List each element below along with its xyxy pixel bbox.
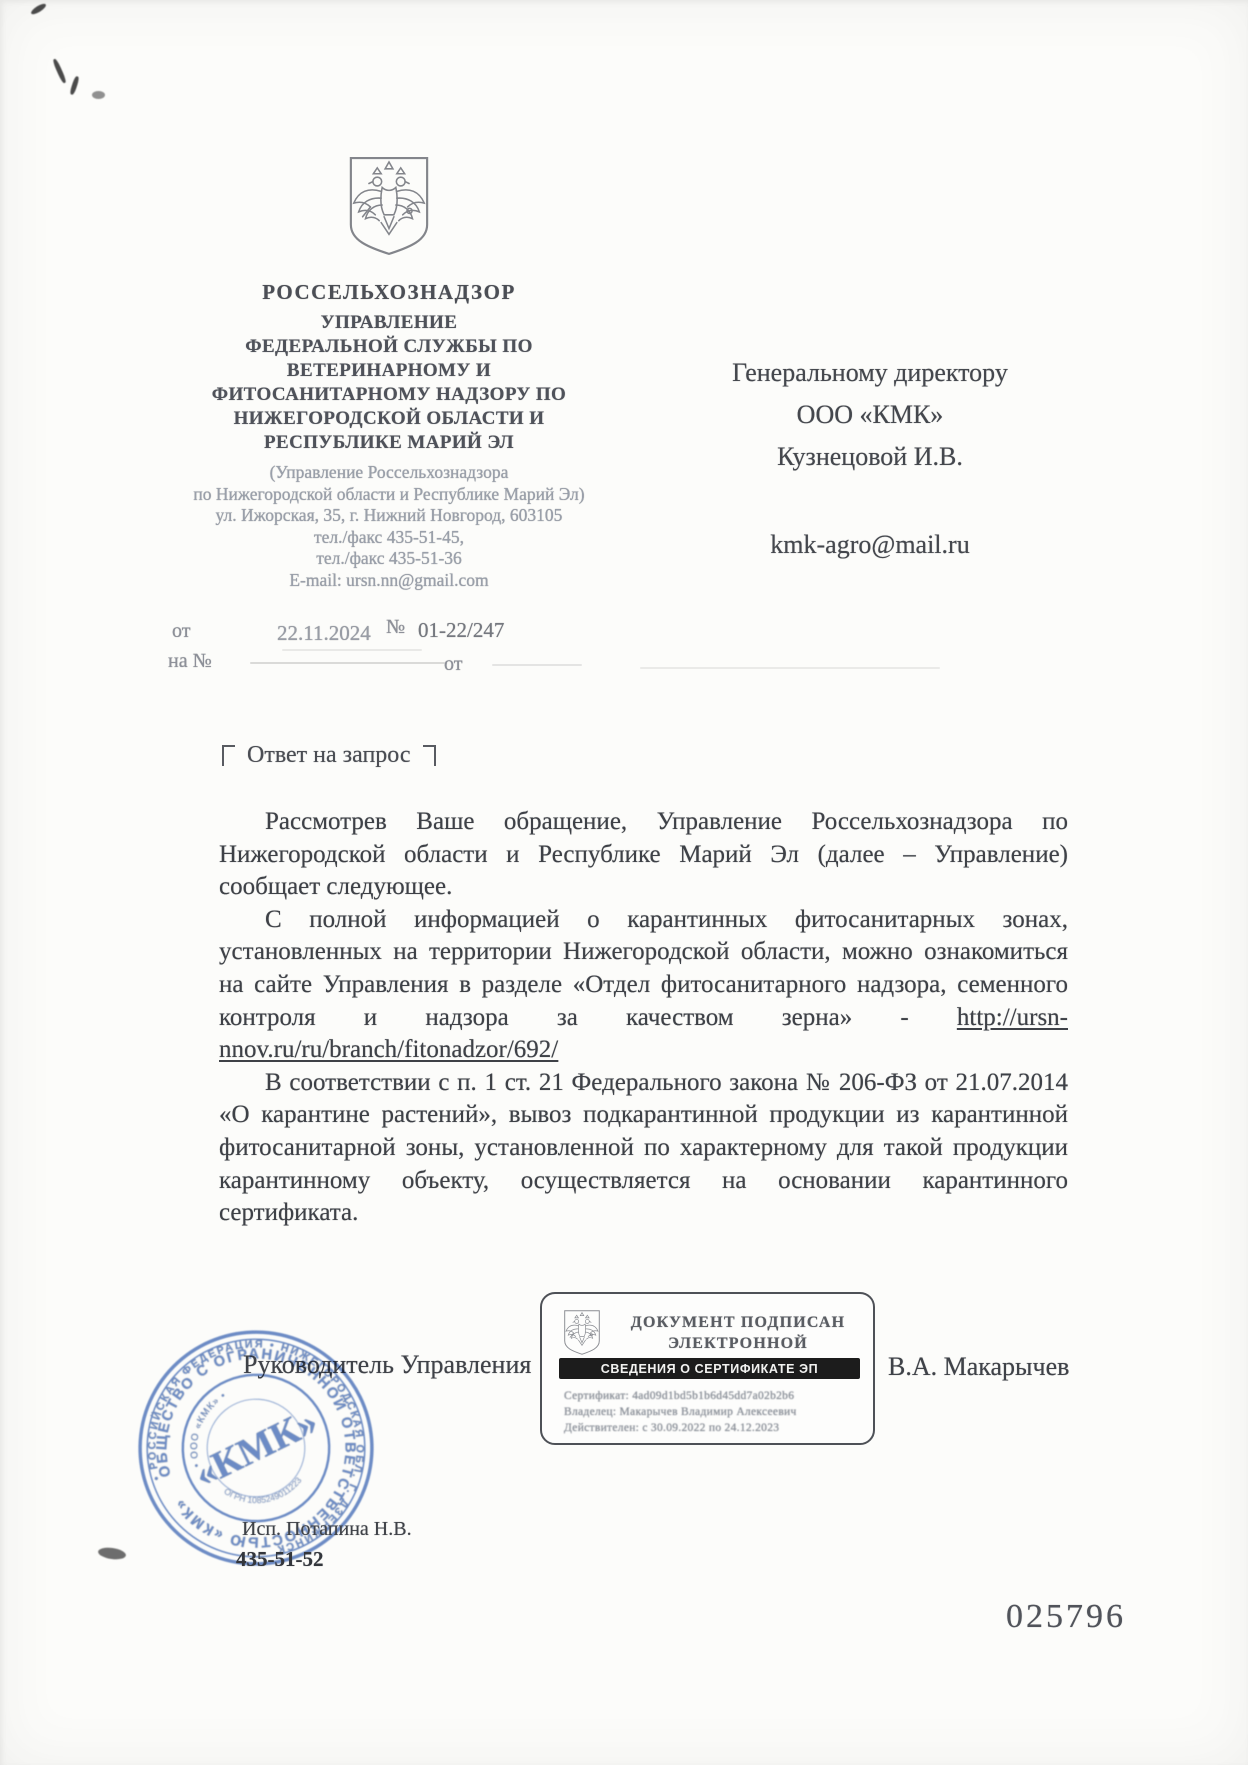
scan-artifact: [52, 58, 67, 84]
paragraph-text: Рассмотрев Ваше обращение, Управление Ро…: [219, 808, 1068, 900]
ref-from-label: от: [172, 620, 190, 643]
scanned-letter-page: РОССЕЛЬХОЗНАДЗОР УПРАВЛЕНИЕ ФЕДЕРАЛЬНОЙ …: [0, 0, 1248, 1765]
ref-date: 22.11.2024: [277, 621, 371, 646]
executor-phone: 435-51-52: [236, 1547, 324, 1572]
ref-reply-label: на №: [168, 650, 212, 673]
recipient-person: Кузнецовой И.В.: [655, 436, 1085, 478]
letterhead-contact-line: (Управление Россельхознадзора: [150, 462, 628, 484]
ref-underline: [250, 662, 445, 664]
department-line: УПРАВЛЕНИЕ: [150, 311, 628, 335]
subject-corner-mark: [222, 745, 235, 766]
recipient-block: Генеральному директору ООО «КМК» Кузнецо…: [655, 352, 1085, 566]
letterhead-contact-line: ул. Ижорская, 35, г. Нижний Новгород, 60…: [150, 505, 628, 527]
paragraph-text: С полной информацией о карантинных фитос…: [219, 906, 1068, 1031]
executor-name: Исп. Потапина Н.В.: [242, 1518, 412, 1541]
scan-artifact: [97, 1546, 126, 1561]
recipient-position: Генеральному директору: [655, 352, 1085, 394]
coat-of-arms-icon: [345, 150, 433, 262]
registration-number: 025796: [1006, 1598, 1126, 1636]
scan-artifact: [30, 2, 48, 16]
esig-title-line: ДОКУМЕНТ ПОДПИСАН: [614, 1312, 862, 1333]
letterhead-contact-line: E-mail: ursn.nn@gmail.com: [150, 570, 628, 592]
paragraph-text: В соответствии с п. 1 ст. 21 Федеральног…: [219, 1069, 1068, 1226]
ref-underline: [640, 667, 940, 669]
ref-underline: [282, 649, 422, 651]
department-line: РЕСПУБЛИКЕ МАРИЙ ЭЛ: [150, 431, 628, 455]
subject-corner-mark: [423, 745, 436, 766]
department-name: УПРАВЛЕНИЕ ФЕДЕРАЛЬНОЙ СЛУЖБЫ ПО ВЕТЕРИН…: [150, 311, 628, 455]
department-line: НИЖЕГОРОДСКОЙ ОБЛАСТИ И: [150, 407, 628, 431]
department-line: ФЕДЕРАЛЬНОЙ СЛУЖБЫ ПО: [150, 335, 628, 359]
esig-owner: Владелец: Макарычев Владимир Алексеевич: [564, 1406, 797, 1418]
letterhead-contact-line: тел./факс 435-51-36: [150, 548, 628, 570]
letterhead-contacts: (Управление Россельхознадзора по Нижегор…: [150, 462, 628, 591]
agency-name: РОССЕЛЬХОЗНАДЗОР: [150, 280, 628, 305]
letterhead-contact-line: по Нижегородской области и Республике Ма…: [150, 484, 628, 506]
esig-certificate-band: СВЕДЕНИЯ О СЕРТИФИКАТЕ ЭП: [559, 1358, 860, 1379]
ref-underline: [492, 664, 582, 666]
scan-artifact: [92, 91, 105, 99]
signer-name: В.А. Макарычев: [888, 1352, 1069, 1382]
body-paragraph: Рассмотрев Ваше обращение, Управление Ро…: [219, 806, 1068, 904]
recipient-email: kmk-agro@mail.ru: [655, 524, 1085, 566]
recipient-company: ООО «КМК»: [655, 394, 1085, 436]
ref-number: 01-22/247: [418, 618, 504, 643]
letter-body: Рассмотрев Ваше обращение, Управление Ро…: [219, 806, 1068, 1230]
ref-reply-from-label: от: [444, 653, 462, 676]
subject-line: Ответ на запрос: [222, 742, 436, 769]
electronic-signature-stamp: ДОКУМЕНТ ПОДПИСАН ЭЛЕКТРОННОЙ ПОДПИСЬЮ С…: [540, 1292, 875, 1445]
esig-certificate-number: Сертификат: 4ad09d1bd5b1b6d45dd7a02b2b6: [564, 1390, 794, 1402]
coat-of-arms-icon: [562, 1309, 602, 1356]
department-line: ФИТОСАНИТАРНОМУ НАДЗОРУ ПО: [150, 383, 628, 407]
letterhead-contact-line: тел./факс 435-51-45,: [150, 527, 628, 549]
body-paragraph: С полной информацией о карантинных фитос…: [219, 904, 1068, 1067]
esig-validity: Действителен: с 30.09.2022 по 24.12.2023: [564, 1422, 779, 1434]
department-line: ВЕТЕРИНАРНОМУ И: [150, 359, 628, 383]
subject-text: Ответ на запрос: [247, 742, 411, 768]
ref-number-label: №: [386, 616, 405, 639]
body-paragraph: В соответствии с п. 1 ст. 21 Федеральног…: [219, 1067, 1068, 1230]
scan-artifact: [69, 76, 80, 96]
letterhead: РОССЕЛЬХОЗНАДЗОР УПРАВЛЕНИЕ ФЕДЕРАЛЬНОЙ …: [150, 150, 628, 591]
